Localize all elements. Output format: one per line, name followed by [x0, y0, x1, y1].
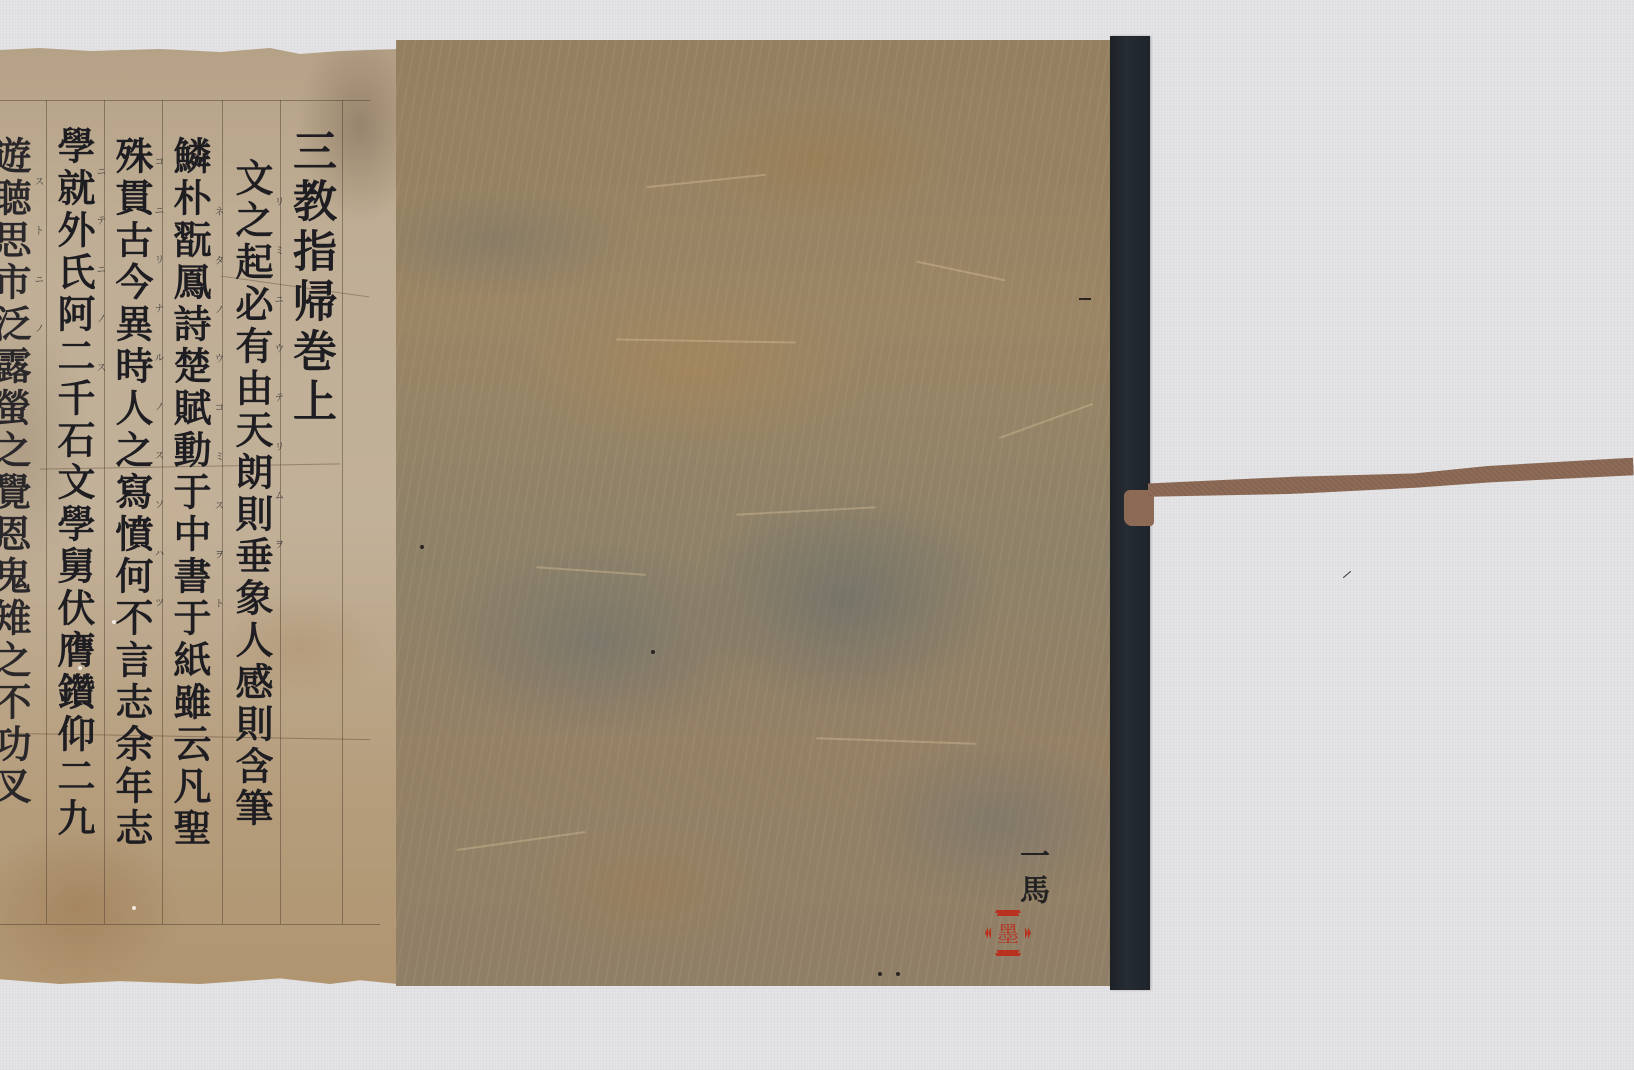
text-column-4: 學就外氏阿二千石文學舅伏膺鑽仰二九 — [54, 126, 92, 840]
gloss-column-1: リ ミ ニ ウ テ リ ム ヲ — [270, 196, 285, 563]
paper-speck — [78, 666, 82, 670]
paper-fiber — [736, 506, 876, 515]
ink-speck — [420, 545, 424, 549]
paper-fiber — [999, 403, 1094, 439]
text-column-5-partial: 遊聴思市泛露螢之覺恩鬼雉之不功叉 — [0, 136, 28, 808]
paper-fiber — [456, 831, 585, 851]
ink-speck — [651, 650, 655, 654]
blank-endpaper: 一馬 — [396, 40, 1112, 986]
paper-fiber — [917, 261, 1005, 282]
gloss-column-3: コ ニ リ ナ ル ノ ス ソ ハ ツ — [150, 156, 165, 621]
text-column-3: 殊貫古今異時人之寫憤何不言志余年志 — [112, 136, 150, 850]
signature: 一馬 — [1009, 840, 1053, 908]
ink-speck — [878, 972, 882, 976]
paper-fiber — [536, 566, 646, 576]
gloss-column-5: ス ト ニ ノ — [30, 176, 45, 347]
text-column-2: 鱗朴翫鳳詩楚賦動于中書于紙雖云凡聖 — [170, 136, 208, 850]
ruled-line-bottom — [0, 924, 380, 925]
column-rule — [46, 100, 47, 924]
ink-mark — [1079, 298, 1091, 300]
ink-speck — [896, 972, 900, 976]
paper-fiber — [616, 338, 796, 343]
paper-speck — [112, 620, 116, 624]
title-column: 三教指帰巻上 — [288, 128, 332, 428]
text-column-1: 文之起必有由天朗則垂象人感則含筆 — [232, 158, 270, 830]
scroll-tie-cord — [1148, 458, 1634, 500]
paper-speck — [132, 906, 136, 910]
paper-fiber — [816, 737, 976, 745]
gloss-column-4: ニ テ ニ ノ ス — [92, 166, 107, 386]
ruled-line-top — [0, 100, 370, 101]
paper-fiber — [646, 174, 766, 189]
column-rule — [342, 100, 343, 924]
gloss-column-2: ネ タ ノ ウ コ ミ ス ヲ ト — [210, 206, 225, 622]
manuscript-text-sheet: 三教指帰巻上 文之起必有由天朗則垂象人感則含筆 リ ミ ニ ウ テ リ ム ヲ … — [0, 46, 398, 984]
stray-thread — [1343, 571, 1351, 578]
